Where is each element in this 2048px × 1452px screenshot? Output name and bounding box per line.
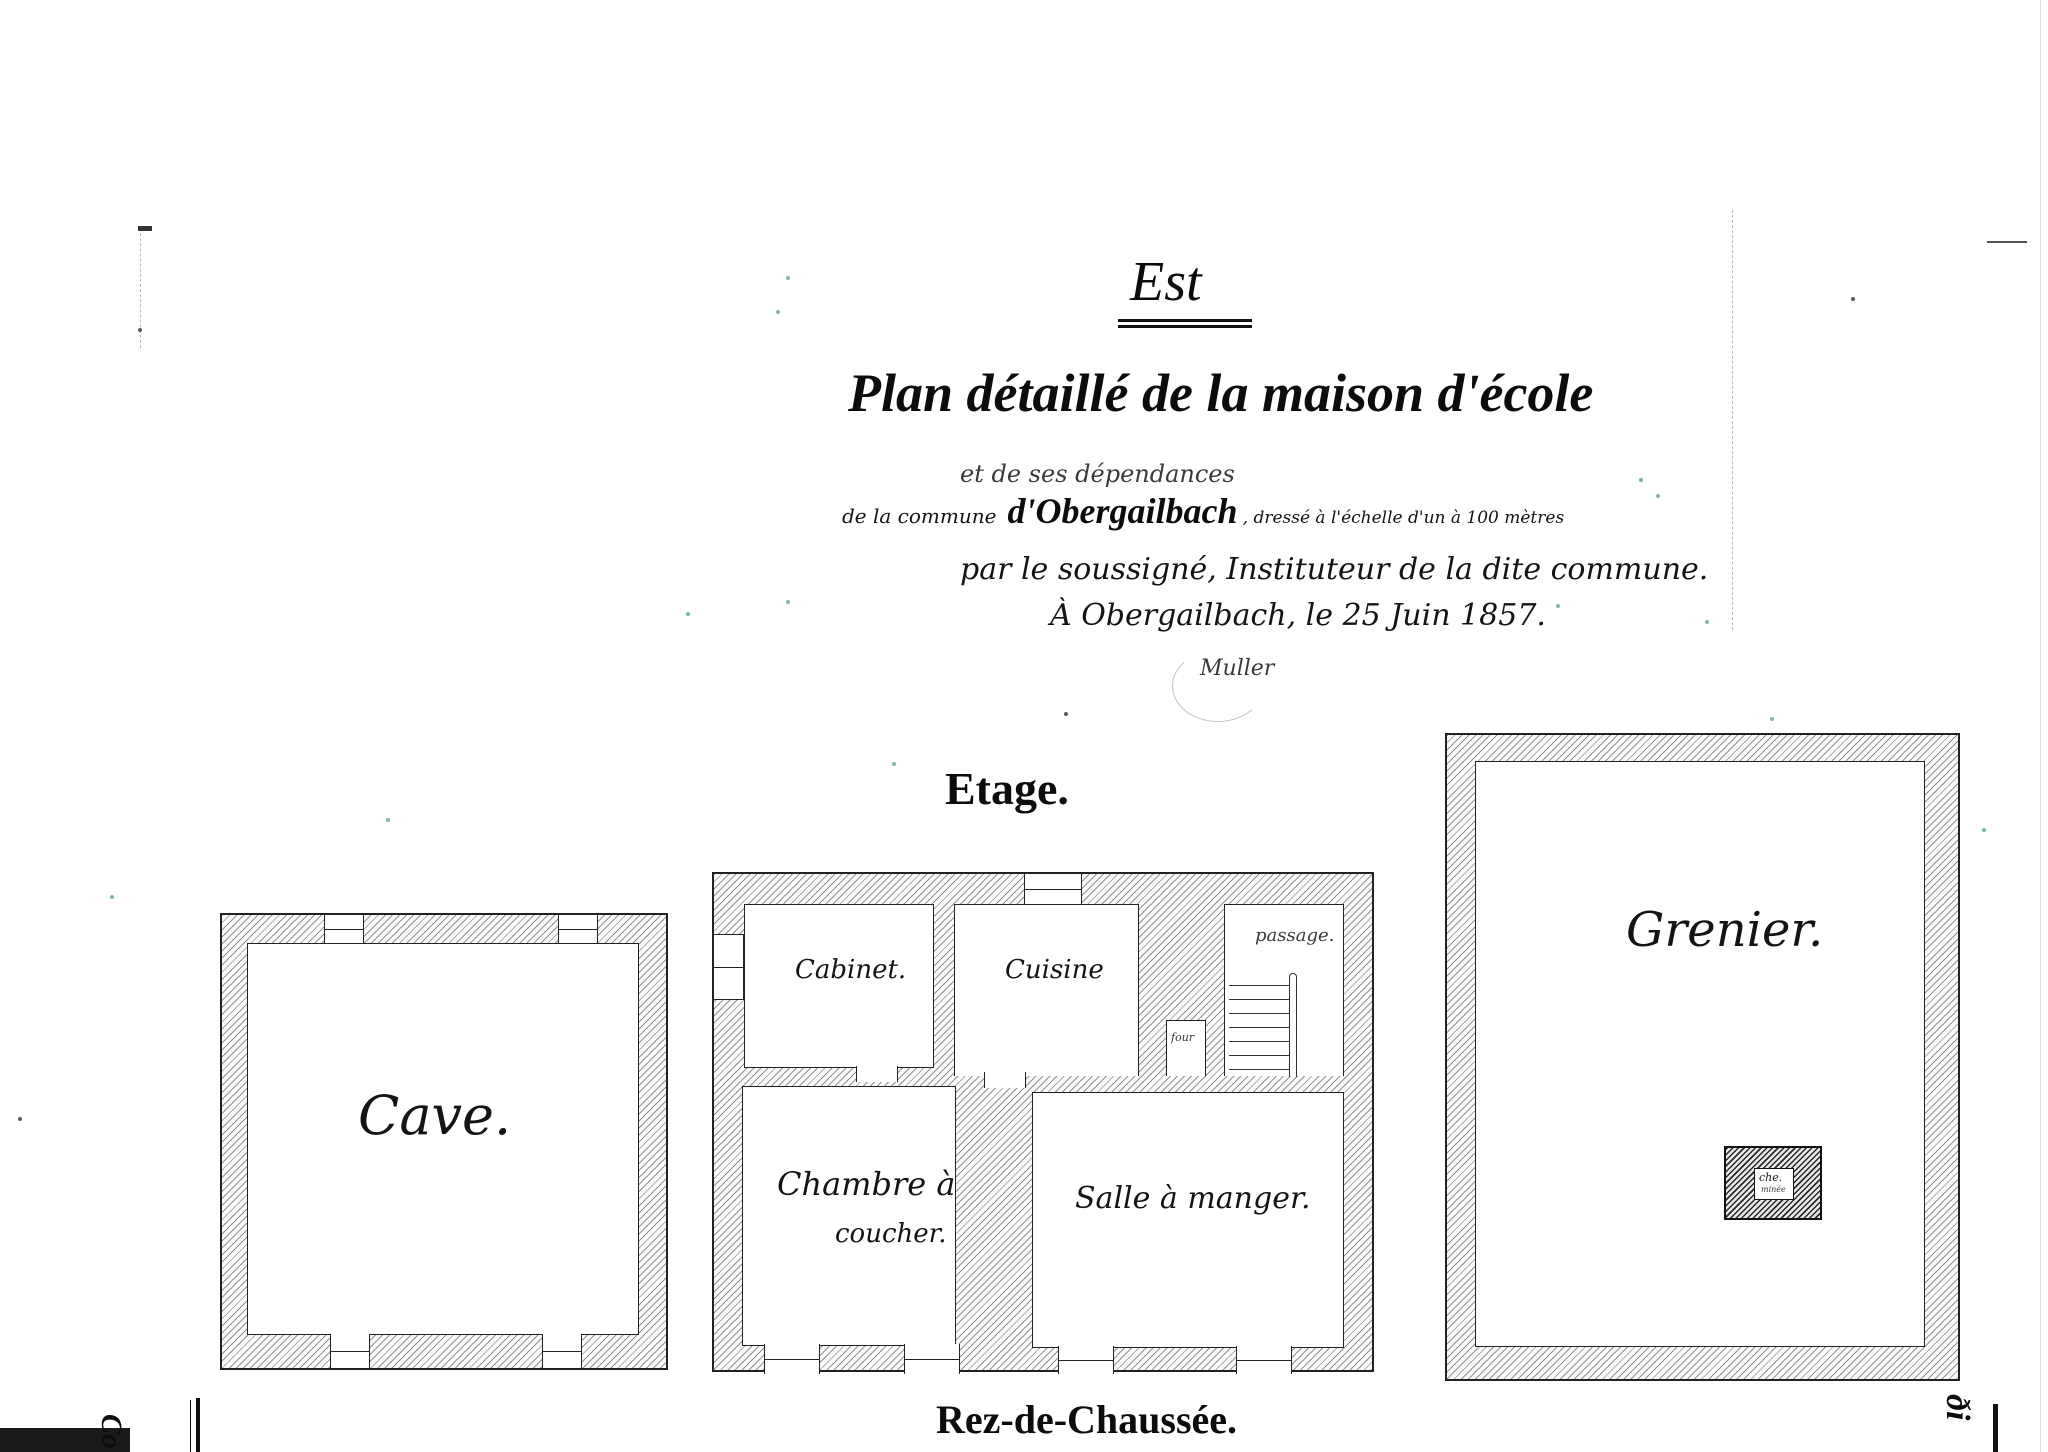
corner-mark <box>138 226 152 231</box>
ink-speck <box>776 310 780 314</box>
top-right-dash <box>1987 241 2027 243</box>
ink-speck <box>1851 297 1855 301</box>
cellar-window-bottom-left <box>330 1334 370 1368</box>
ink-speck <box>1982 828 1986 832</box>
room-salle-label: Salle à manger. <box>1075 1181 1311 1216</box>
room-cuisine-label: Cuisine <box>1005 955 1104 985</box>
ink-speck <box>892 762 896 766</box>
window-bottom-4 <box>1236 1346 1292 1374</box>
orientation-double-underline <box>1118 319 1252 322</box>
stair-rail <box>1289 973 1297 1077</box>
ink-speck <box>786 276 790 280</box>
chimney-flue: che. minée <box>1754 1168 1794 1200</box>
window-bottom-2 <box>904 1344 960 1374</box>
ink-speck <box>1064 712 1068 716</box>
cellar-window-top-right <box>558 915 598 943</box>
subtitle-insert: et de ses dépendances <box>960 460 1235 488</box>
room-cuisine: Cuisine <box>954 904 1139 1076</box>
signature-flourish <box>1172 650 1264 722</box>
ink-speck <box>1556 604 1560 608</box>
cellar-plan: Cave. <box>220 913 668 1370</box>
right-page-edge <box>2040 0 2041 1452</box>
ink-speck <box>686 612 690 616</box>
commune-prefix: de la commune <box>842 504 996 528</box>
right-edge-rule <box>1993 1404 1998 1452</box>
hearth-label: four <box>1171 1031 1194 1044</box>
commune-name: d'Obergailbach <box>1008 491 1238 531</box>
commune-line: de la commune d'Obergailbach , dressé à … <box>842 490 1564 532</box>
attic-room-label: Grenier. <box>1626 902 1823 958</box>
attic-room: Grenier. che. minée <box>1475 761 1925 1347</box>
ink-speck <box>138 328 142 332</box>
ink-speck <box>18 1117 22 1121</box>
window-bottom-1 <box>764 1344 820 1374</box>
ink-speck <box>1656 494 1660 498</box>
cellar-room-label: Cave. <box>358 1084 511 1147</box>
ink-speck <box>1770 717 1774 721</box>
upper-floor-label: Etage. <box>945 762 1069 815</box>
room-salle-a-manger: Salle à manger. <box>1032 1092 1344 1348</box>
room-passage: passage. <box>1224 904 1344 1076</box>
orientation-label: Est <box>1130 250 1202 314</box>
room-chambre-label: Chambre à <box>777 1165 955 1203</box>
ink-speck <box>1705 620 1709 624</box>
right-edge-fragment: ði <box>1938 1394 1976 1420</box>
ground-floor-label: Rez-de-Chaussée. <box>936 1396 1237 1443</box>
hearth-box: four <box>1166 1020 1206 1076</box>
document-title: Plan détaillé de la maison d'école <box>848 362 1593 424</box>
chimney-sublabel: minée <box>1761 1185 1786 1194</box>
ink-speck <box>1639 478 1643 482</box>
right-margin-line <box>1732 210 1733 630</box>
room-passage-label: passage. <box>1255 925 1334 946</box>
room-chambre-label-line2: coucher. <box>835 1219 947 1249</box>
ground-floor-plan: Cabinet. Cuisine four passage. Chambre à… <box>712 872 1374 1372</box>
left-edge-rule-thin <box>190 1400 191 1452</box>
ink-speck <box>386 818 390 822</box>
cellar-window-top-left <box>324 915 364 943</box>
room-cabinet: Cabinet. <box>744 904 934 1068</box>
window-bottom-3 <box>1058 1346 1114 1374</box>
attic-plan: Grenier. che. minée <box>1445 733 1960 1381</box>
place-date-line: À Obergailbach, le 25 Juin 1857. <box>1050 598 1546 633</box>
cellar-window-bottom-right <box>542 1334 582 1368</box>
room-chambre: Chambre à coucher. <box>742 1086 956 1346</box>
room-cabinet-label: Cabinet. <box>795 955 906 985</box>
ink-speck <box>110 895 114 899</box>
cellar-room: Cave. <box>247 943 639 1335</box>
chimney-label: che. <box>1759 1171 1782 1184</box>
doorway <box>984 1072 1026 1088</box>
commune-suffix: , dressé à l'échelle d'un à 100 mètres <box>1243 508 1565 528</box>
staircase <box>1229 983 1289 1077</box>
window-left <box>714 934 744 1000</box>
chimney: che. minée <box>1724 1146 1822 1220</box>
ink-speck <box>786 600 790 604</box>
left-edge-fragment: Co <box>94 1414 128 1449</box>
doorway <box>856 1066 898 1082</box>
window-top <box>1024 874 1082 904</box>
left-edge-rule <box>196 1398 200 1452</box>
author-line: par le soussigné, Instituteur de la dite… <box>960 552 1708 587</box>
